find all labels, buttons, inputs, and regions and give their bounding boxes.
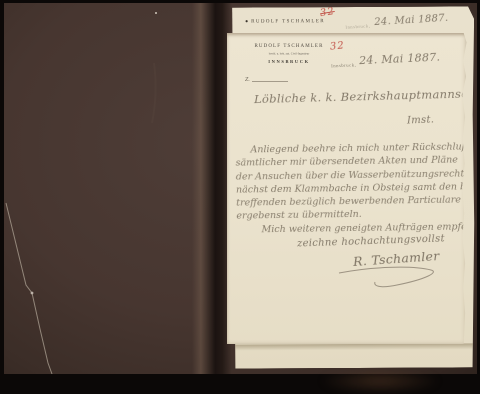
sheet2-letterhead-name: RUDOLF TSCHAMLER [237, 43, 341, 50]
letter-body: Anliegend beehre ich mich unter Rückschl… [235, 140, 464, 236]
sheet2-archival-number: 32 [329, 40, 345, 52]
sheet1-printed-place: Innsbruck, [345, 23, 370, 29]
sheet1-letterhead: ● RUDOLF TSCHAMLER [245, 19, 325, 24]
background-shadow-blob [300, 364, 460, 394]
address-place: Imst. [407, 115, 435, 127]
sheet1-fold-shadow [234, 343, 476, 350]
closing-line: zeichne hochachtungsvollst [297, 233, 445, 249]
sheet2-handwritten-date: 24. Mai 1887. [359, 51, 441, 68]
dust-speck [155, 12, 157, 14]
reference-number-line: Z. [245, 77, 288, 83]
scanned-document-photo: ● RUDOLF TSCHAMLER 32 Innsbruck, 24. Mai… [0, 0, 480, 394]
sheet1-date-line: Innsbruck, 24. Mai 1887. [345, 13, 449, 30]
letterhead-bullet-icon: ● [245, 20, 248, 25]
signature-flourish [335, 265, 445, 291]
sheet2-letterhead-subtitle: beeid. u. beh. aut. Civil-Ingenieur [263, 52, 315, 56]
address-line: Löbliche k. k. Bezirkshauptmannschaft [254, 86, 480, 106]
sheet1-handwritten-date: 24. Mai 1887. [374, 13, 449, 28]
reference-label: Z. [245, 77, 250, 83]
sheet1-archival-number: 32 [319, 6, 335, 19]
reference-rule [252, 81, 288, 82]
sheet1-letterhead-name: RUDOLF TSCHAMLER [251, 19, 325, 24]
sheet2-date-line: Innsbruck, 24. Mai 1887. [331, 51, 441, 69]
letter-sheet-main: RUDOLF TSCHAMLER beeid. u. beh. aut. Civ… [227, 33, 468, 344]
sheet2-printed-place: Innsbruck, [331, 62, 356, 68]
book-gutter-shadow [192, 3, 232, 374]
sheet2-letterhead: RUDOLF TSCHAMLER beeid. u. beh. aut. Civ… [237, 43, 341, 65]
sheet2-letterhead-city: INNSBRUCK [237, 59, 341, 66]
